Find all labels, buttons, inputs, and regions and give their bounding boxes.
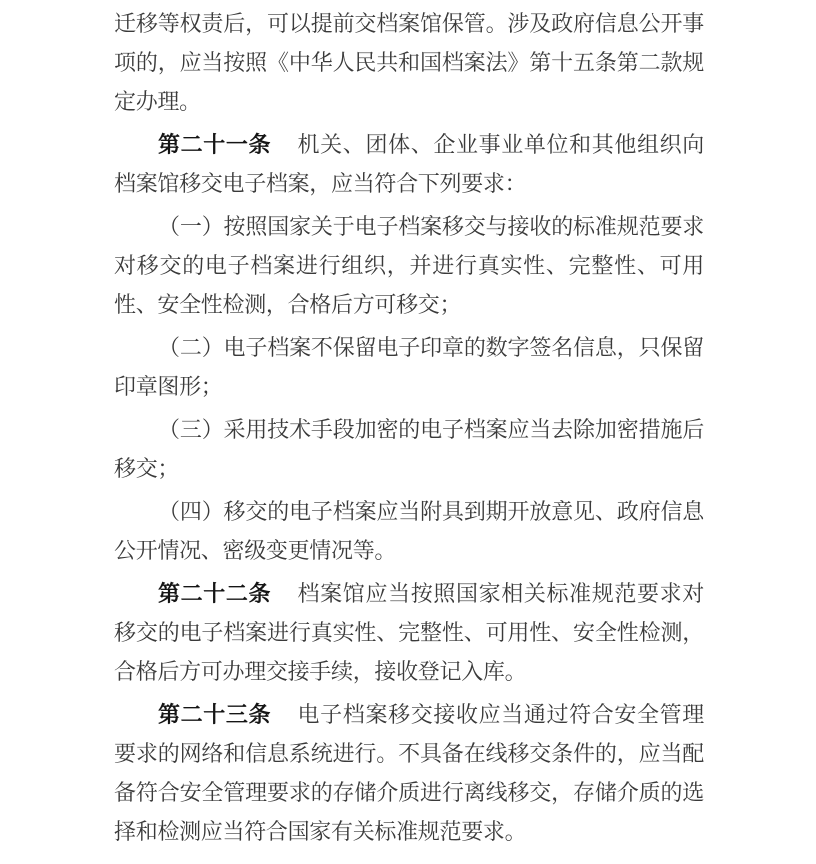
paragraph-text: （二）电子档案不保留电子印章的数字签名信息，只保留印章图形； — [114, 335, 704, 399]
paragraph-article-21-item-4: （四）移交的电子档案应当附具到期开放意见、政府信息公开情况、密级变更情况等。 — [114, 492, 704, 570]
paragraph-article-22: 第二十二条档案馆应当按照国家相关标准规范要求对移交的电子档案进行真实性、完整性、… — [114, 574, 704, 691]
paragraph-text: 迁移等权责后，可以提前交档案馆保管。涉及政府信息公开事项的，应当按照《中华人民共… — [114, 11, 704, 114]
paragraph-article-23: 第二十三条电子档案移交接收应当通过符合安全管理要求的网络和信息系统进行。不具备在… — [114, 695, 704, 851]
paragraph-article-21-item-2: （二）电子档案不保留电子印章的数字签名信息，只保留印章图形； — [114, 328, 704, 406]
paragraph-text: （一）按照国家关于电子档案移交与接收的标准规范要求对移交的电子档案进行组织，并进… — [114, 214, 704, 317]
paragraph-article-21: 第二十一条机关、团体、企业事业单位和其他组织向档案馆移交电子档案，应当符合下列要… — [114, 125, 704, 203]
article-23-number: 第二十三条 — [158, 702, 271, 727]
article-21-number: 第二十一条 — [158, 132, 271, 157]
document-page: 迁移等权责后，可以提前交档案馆保管。涉及政府信息公开事项的，应当按照《中华人民共… — [0, 0, 704, 851]
paragraph-article-21-item-1: （一）按照国家关于电子档案移交与接收的标准规范要求对移交的电子档案进行组织，并进… — [114, 207, 704, 324]
paragraph-continuation: 迁移等权责后，可以提前交档案馆保管。涉及政府信息公开事项的，应当按照《中华人民共… — [114, 4, 704, 121]
paragraph-text: （四）移交的电子档案应当附具到期开放意见、政府信息公开情况、密级变更情况等。 — [114, 499, 704, 563]
paragraph-article-21-item-3: （三）采用技术手段加密的电子档案应当去除加密措施后移交； — [114, 410, 704, 488]
paragraph-text: （三）采用技术手段加密的电子档案应当去除加密措施后移交； — [114, 417, 704, 481]
article-22-number: 第二十二条 — [158, 581, 271, 606]
